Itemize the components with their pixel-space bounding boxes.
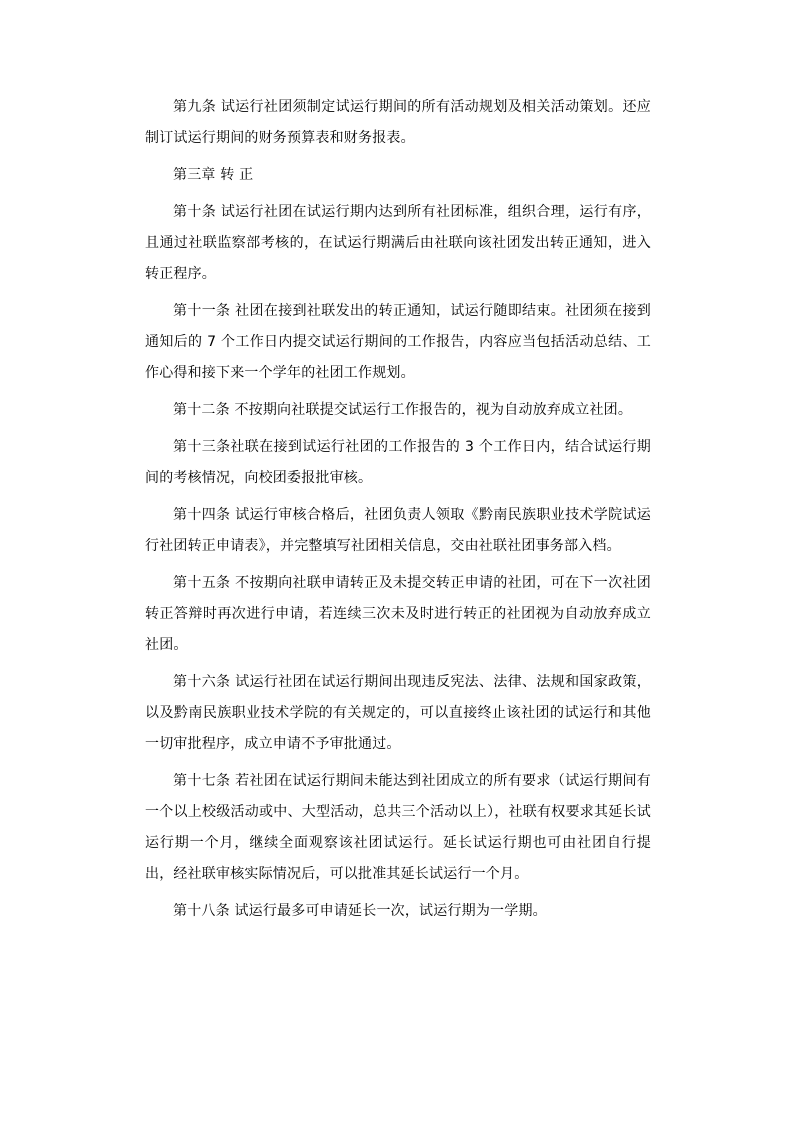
article-11: 第十一条 社团在接到社联发出的转正通知，试运行随即结束。社团须在接到通知后的 7…: [145, 296, 651, 389]
article-9: 第九条 试运行社团须制定试运行期间的所有活动规划及相关活动策划。还应制订试运行期…: [145, 92, 651, 154]
article-10: 第十条 试运行社团在试运行期内达到所有社团标准，组织合理，运行有序，且通过社联监…: [145, 197, 651, 290]
article-12: 第十二条 不按期向社联提交试运行工作报告的，视为自动放弃成立社团。: [145, 395, 651, 426]
document-page: 第九条 试运行社团须制定试运行期间的所有活动规划及相关活动策划。还应制订试运行期…: [145, 92, 651, 933]
chapter-3-heading: 第三章 转 正: [145, 160, 651, 191]
article-13: 第十三条社联在接到试运行社团的工作报告的 3 个工作日内，结合试运行期间的考核情…: [145, 432, 651, 494]
article-16: 第十六条 试运行社团在试运行期间出现违反宪法、法律、法规和国家政策，以及黔南民族…: [145, 667, 651, 760]
article-18: 第十八条 试运行最多可申请延长一次，试运行期为一学期。: [145, 896, 651, 927]
article-17: 第十七条 若社团在试运行期间未能达到社团成立的所有要求（试运行期间有一个以上校级…: [145, 766, 651, 890]
article-14: 第十四条 试运行审核合格后，社团负责人领取《黔南民族职业技术学院试运行社团转正申…: [145, 500, 651, 562]
article-15: 第十五条 不按期向社联申请转正及未提交转正申请的社团，可在下一次社团转正答辩时再…: [145, 568, 651, 661]
